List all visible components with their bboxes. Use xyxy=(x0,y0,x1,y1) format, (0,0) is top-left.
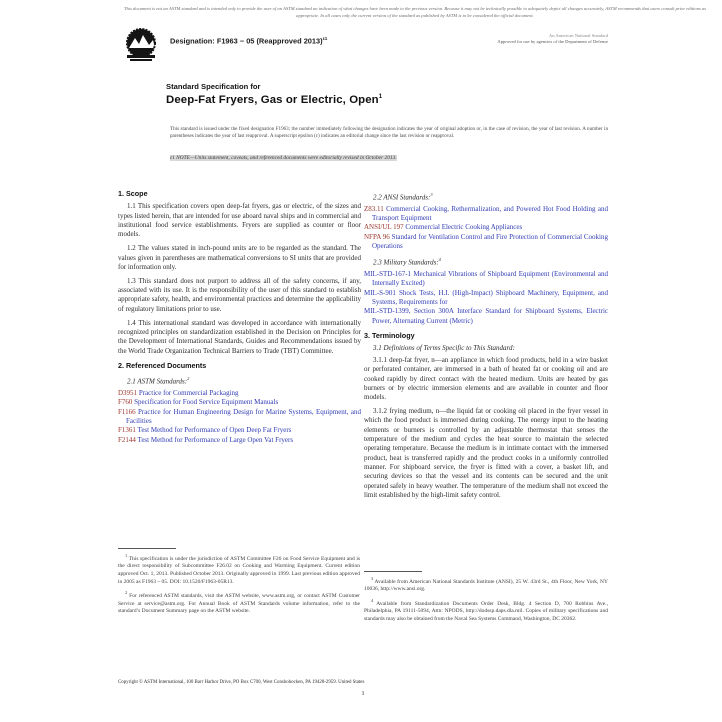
ref-link-f1166[interactable]: F1166 Practice for Human Engineering Des… xyxy=(118,408,361,427)
ref-code[interactable]: F1361 xyxy=(118,426,136,434)
ref-link-mil-std-1399[interactable]: MIL-STD-1399, Section 300A Interface Sta… xyxy=(364,307,608,326)
left-column: 1. Scope 1.1 This specification covers o… xyxy=(118,189,361,445)
footnote-2-text: For referenced ASTM standards, visit the… xyxy=(118,593,360,614)
ref-code[interactable]: F2144 xyxy=(118,436,136,444)
astm-document-page: This document is not an ASTM standard an… xyxy=(0,0,722,722)
issuance-note: This standard is issued under the fixed … xyxy=(170,126,608,140)
footnotes-right: 3 Available from American National Stand… xyxy=(364,571,608,627)
footnote-4-text: Available from Standardization Documents… xyxy=(364,601,608,622)
ref-link-f760[interactable]: F760 Specification for Food Service Equi… xyxy=(118,398,361,407)
footnote-3-text: Available from American National Standar… xyxy=(364,579,608,593)
footnote-1: 1 This specification is under the jurisd… xyxy=(118,552,360,586)
footnote-1-text: This specification is under the jurisdic… xyxy=(118,556,360,585)
terminology-paragraph-3-1-1: 3.1.1 deep-fat fryer, n—an appliance in … xyxy=(364,356,608,403)
ref-title[interactable]: Test Method for Performance of Large Ope… xyxy=(136,436,293,444)
footnote-2: 2 For referenced ASTM standards, visit t… xyxy=(118,589,360,616)
footnote-separator xyxy=(364,571,422,572)
scope-paragraph-1-3: 1.3 This standard does not purport to ad… xyxy=(118,277,361,314)
title-block: Standard Specification for Deep-Fat Frye… xyxy=(166,82,606,107)
section-heading-scope: 1. Scope xyxy=(118,189,361,198)
ref-link-ul197[interactable]: ANSI/UL 197 Commercial Electric Cooking … xyxy=(364,223,608,232)
ref-title[interactable]: Practice for Human Engineering Design fo… xyxy=(126,408,361,425)
ref-code[interactable]: F1166 xyxy=(118,408,136,416)
footnote-separator xyxy=(118,548,176,549)
military-standards-label: 2.3 Military Standards: xyxy=(373,259,439,267)
ansi-standards-label: 2.2 ANSI Standards: xyxy=(373,193,430,201)
ref-title[interactable]: Standard for Ventilation Control and Fir… xyxy=(372,233,608,250)
terminology-paragraph-3-1-2: 3.1.2 frying medium, n—the liquid fat or… xyxy=(364,407,608,500)
ref-title[interactable]: Commercial Cooking, Rethermalization, an… xyxy=(372,205,608,222)
subheading-ansi-standards: 2.2 ANSI Standards:3 xyxy=(364,190,608,203)
copyright-line: Copyright © ASTM International, 100 Barr… xyxy=(118,680,618,685)
ref-title[interactable]: Specification for Food Service Equipment… xyxy=(132,398,278,406)
ref-code[interactable]: MIL-S-901 xyxy=(364,289,396,297)
ref-code[interactable]: MIL-STD-1399, Section 300A xyxy=(364,307,454,315)
section-heading-terminology: 3. Terminology xyxy=(364,331,608,340)
header-right-notes: An American National Standard Approved f… xyxy=(360,33,608,46)
designation-number: F1963 − 05 (Reapproved 2013) xyxy=(217,36,323,45)
ref-link-mil-std-167-1[interactable]: MIL-STD-167-1 Mechanical Vibrations of S… xyxy=(364,270,608,289)
ref-code[interactable]: Z83.11 xyxy=(364,205,384,213)
astm-standards-sup: 2 xyxy=(187,376,189,381)
footnote-4: 4 Available from Standardization Documen… xyxy=(364,597,608,624)
ref-code[interactable]: D3951 xyxy=(118,389,137,397)
title-text: Deep-Fat Fryers, Gas or Electric, Open xyxy=(166,94,379,106)
subheading-military-standards: 2.3 Military Standards:4 xyxy=(364,255,608,268)
footnotes-left: 1 This specification is under the jurisd… xyxy=(118,548,360,619)
astm-logo xyxy=(124,26,160,64)
title-footnote-sup: 1 xyxy=(379,94,382,100)
title-kicker: Standard Specification for xyxy=(166,82,606,91)
scope-paragraph-1-2: 1.2 The values stated in inch-pound unit… xyxy=(118,244,361,272)
ref-title[interactable]: Practice for Commercial Packaging xyxy=(137,389,238,397)
designation-line: Designation: F1963 − 05 (Reapproved 2013… xyxy=(170,36,327,45)
preview-disclaimer: This document is not an ASTM standard an… xyxy=(122,6,708,19)
ref-title[interactable]: Test Method for Performance of Open Deep… xyxy=(136,426,291,434)
footnote-3: 3 Available from American National Stand… xyxy=(364,575,608,594)
ref-code[interactable]: NFPA 96 xyxy=(364,233,390,241)
astm-standards-label: 2.1 ASTM Standards: xyxy=(127,378,187,386)
ref-title[interactable]: Commercial Electric Cooking Appliances xyxy=(404,223,523,231)
dod-approval-note: Approved for use by agencies of the Depa… xyxy=(360,39,608,45)
page-title: Deep-Fat Fryers, Gas or Electric, Open1 xyxy=(166,91,606,107)
scope-paragraph-1-4: 1.4 This international standard was deve… xyxy=(118,319,361,356)
right-column: 2.2 ANSI Standards:3 Z83.11 Commercial C… xyxy=(364,189,608,505)
ref-link-mil-s-901[interactable]: MIL-S-901 Shock Tests, H.I. (High-Impact… xyxy=(364,289,608,308)
ref-link-f1361[interactable]: F1361 Test Method for Performance of Ope… xyxy=(118,426,361,435)
subheading-definitions: 3.1 Definitions of Terms Specific to Thi… xyxy=(364,344,608,353)
ref-link-z83-11[interactable]: Z83.11 Commercial Cooking, Rethermalizat… xyxy=(364,205,608,224)
designation-label: Designation: xyxy=(170,36,217,45)
ansi-standards-sup: 3 xyxy=(430,192,432,197)
section-heading-referenced-documents: 2. Referenced Documents xyxy=(118,361,361,370)
editorial-note-text: ε1 NOTE—Units statement, caveats, and re… xyxy=(170,155,397,161)
ref-code[interactable]: F760 xyxy=(118,398,132,406)
page-number: 1 xyxy=(118,690,608,697)
scope-paragraph-1-1: 1.1 This specification covers open deep-… xyxy=(118,202,361,239)
ref-link-d3951[interactable]: D3951 Practice for Commercial Packaging xyxy=(118,389,361,398)
ref-code[interactable]: MIL-STD-167-1 xyxy=(364,270,411,278)
ref-code[interactable]: ANSI/UL 197 xyxy=(364,223,404,231)
ref-link-f2144[interactable]: F2144 Test Method for Performance of Lar… xyxy=(118,436,361,445)
editorial-note: ε1 NOTE—Units statement, caveats, and re… xyxy=(170,154,592,162)
ref-title[interactable]: Shock Tests, H.I. (High-Impact) Shipboar… xyxy=(372,289,608,306)
designation-epsilon-sup: ε1 xyxy=(323,36,328,41)
ref-link-nfpa96[interactable]: NFPA 96 Standard for Ventilation Control… xyxy=(364,233,608,252)
military-standards-sup: 4 xyxy=(439,257,441,262)
subheading-astm-standards: 2.1 ASTM Standards:2 xyxy=(118,374,361,387)
